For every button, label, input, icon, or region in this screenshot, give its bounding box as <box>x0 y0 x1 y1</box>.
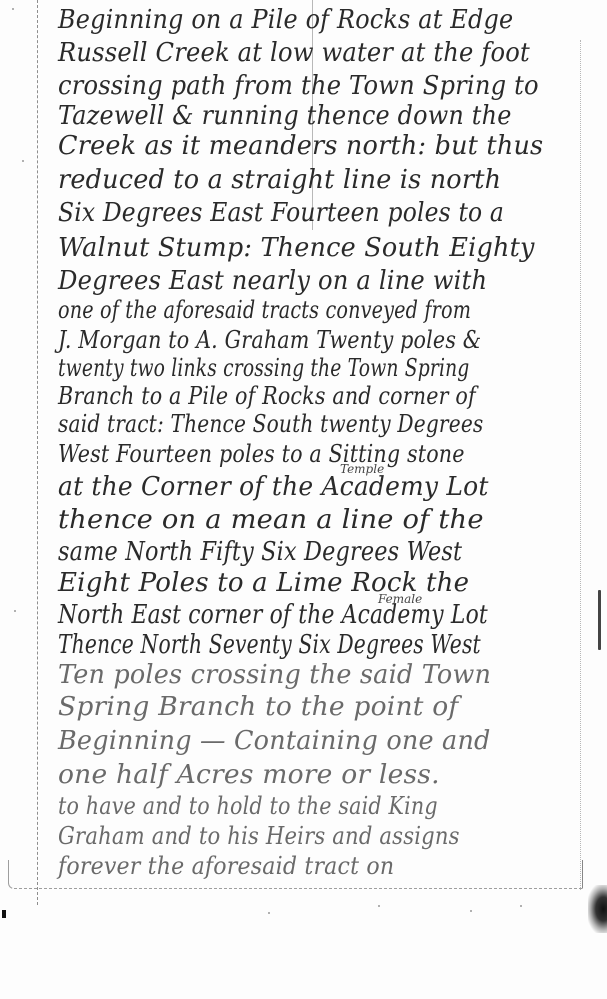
deed-line: Beginning on a Pile of Rocks at Edge <box>58 5 513 35</box>
right-margin-rule <box>580 40 581 890</box>
deed-line: J. Morgan to A. Graham Twenty poles & <box>58 326 481 354</box>
deed-line: Beginning — Containing one and <box>58 726 491 756</box>
left-margin-rule <box>37 0 38 905</box>
deed-line: thence on a mean a line of the <box>58 505 484 535</box>
deed-line: North East corner of the Academy Lot <box>58 600 488 630</box>
scanned-deed-page: Beginning on a Pile of Rocks at Edge Rus… <box>0 0 607 999</box>
deed-line: reduced to a straight line is north <box>58 165 501 195</box>
deed-line: Degrees East nearly on a line with <box>58 266 487 296</box>
deed-line: Russell Creek at low water at the foot <box>58 38 530 68</box>
deed-line: one half Acres more or less. <box>58 760 440 790</box>
deed-line: Creek as it meanders north: but thus <box>58 131 543 161</box>
deed-line: one of the aforesaid tracts conveyed fro… <box>58 296 471 324</box>
deed-line: crossing path from the Town Spring to <box>58 71 539 101</box>
deed-line: forever the aforesaid tract on <box>58 852 394 880</box>
deed-line: Ten poles crossing the said Town <box>58 660 491 690</box>
deed-line: to have and to hold to the said King <box>58 792 438 820</box>
deed-line: at the Corner of the Academy Lot <box>58 472 489 502</box>
corner-mark <box>2 910 6 918</box>
deed-line: Six Degrees East Fourteen poles to a <box>58 198 504 228</box>
deed-line: same North Fifty Six Degrees West <box>58 537 462 567</box>
deed-line: said tract: Thence South twenty Degrees <box>58 410 483 438</box>
deed-line: Thence North Seventy Six Degrees West <box>58 630 481 660</box>
deed-line: West Fourteen poles to a Sitting stone <box>58 440 465 468</box>
deed-line: Graham and to his Heirs and assigns <box>58 822 460 850</box>
deed-line: Spring Branch to the point of <box>58 692 458 722</box>
deed-line: Branch to a Pile of Rocks and corner of <box>58 382 476 410</box>
deed-line: Walnut Stump: Thence South Eighty <box>58 233 535 263</box>
deed-line: twenty two links crossing the Town Sprin… <box>58 354 469 382</box>
deed-line: Tazewell & running thence down the <box>58 101 512 131</box>
ink-smudge <box>588 885 607 933</box>
